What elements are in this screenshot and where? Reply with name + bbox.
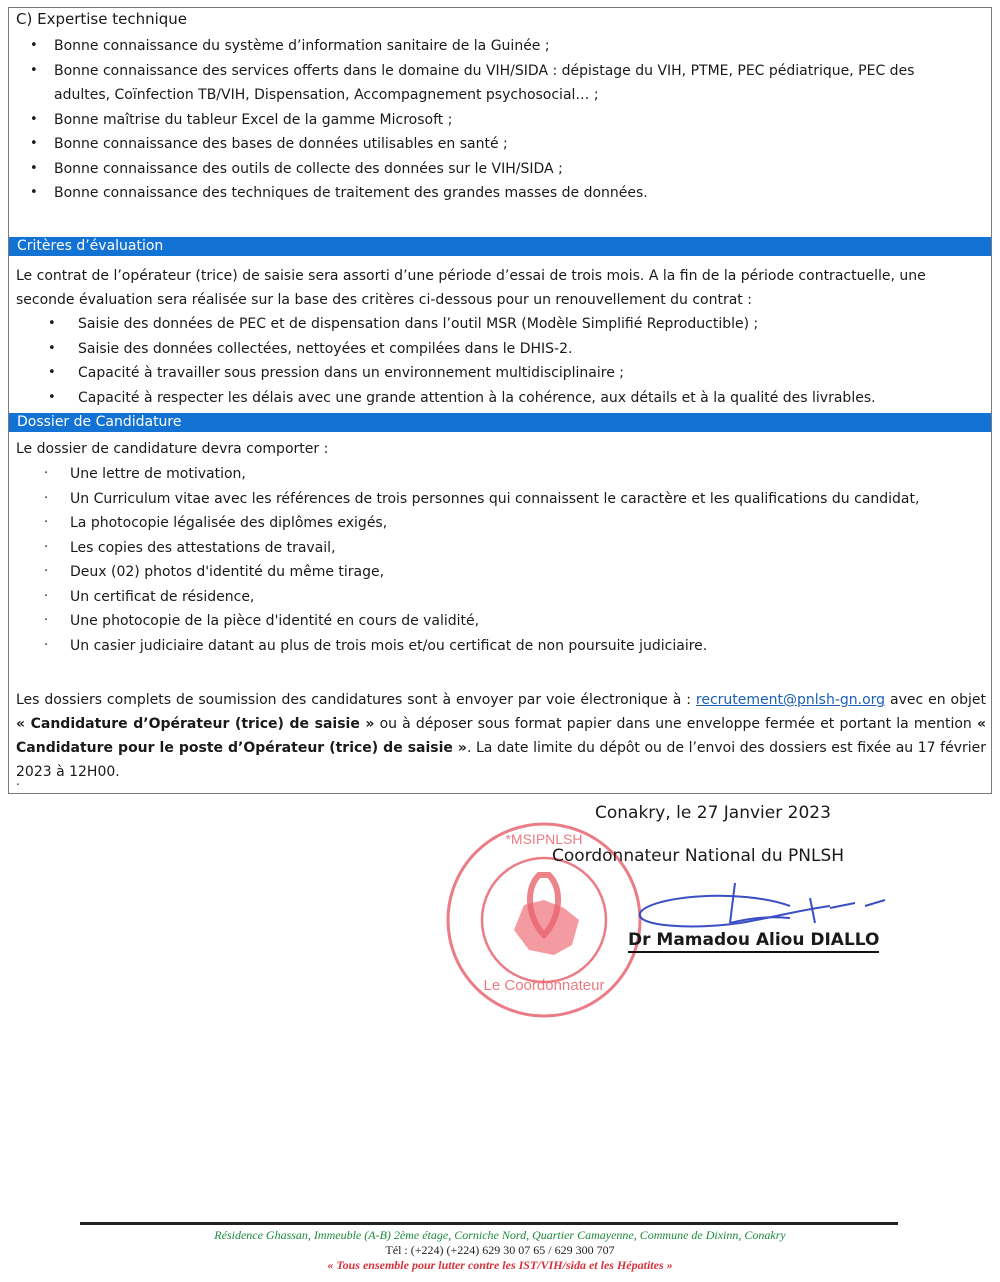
- footer-phone: Tél : (+224) (+224) 629 30 07 65 / 629 3…: [0, 1243, 1000, 1258]
- list-item: •Bonne connaissance des bases de données…: [30, 132, 914, 157]
- footer-divider: [80, 1222, 898, 1225]
- list-item: •Saisie des données collectées, nettoyée…: [48, 337, 876, 362]
- list-item: •Bonne connaissance des services offerts…: [30, 59, 914, 84]
- list-item: •Bonne connaissance des outils de collec…: [30, 157, 914, 182]
- list-item: ·Une photocopie de la pièce d'identité e…: [44, 609, 919, 634]
- dossier-intro: Le dossier de candidature devra comporte…: [16, 437, 986, 461]
- list-item: ·Un casier judiciaire datant au plus de …: [44, 634, 919, 659]
- email-link[interactable]: recrutement@pnlsh-gn.org: [696, 692, 885, 708]
- footer-address: Résidence Ghassan, Immeuble (A-B) 2ème é…: [0, 1228, 1000, 1243]
- svg-text:*MSIPNLSH: *MSIPNLSH: [505, 831, 582, 847]
- criteres-list: •Saisie des données de PEC et de dispens…: [48, 312, 876, 410]
- signatory-name: Dr Mamadou Aliou DIALLO: [628, 930, 879, 953]
- list-item: •Capacité à travailler sous pression dan…: [48, 361, 876, 386]
- handwritten-signature-icon: [630, 878, 900, 938]
- dossier-header: Dossier de Candidature: [9, 413, 991, 432]
- list-item: •Bonne connaissance du système d’informa…: [30, 34, 914, 59]
- footer-slogan: « Tous ensemble pour lutter contre les I…: [0, 1258, 1000, 1273]
- list-item: ·Deux (02) photos d'identité du même tir…: [44, 560, 919, 585]
- list-item: •Saisie des données de PEC et de dispens…: [48, 312, 876, 337]
- svg-text:Le Coordonnateur: Le Coordonnateur: [484, 977, 605, 994]
- expertise-title: C) Expertise technique: [16, 10, 187, 28]
- list-item: •Bonne connaissance des techniques de tr…: [30, 181, 914, 206]
- signatory-role: Coordonnateur National du PNLSH: [552, 846, 844, 866]
- list-item: •Capacité à respecter les délais avec un…: [48, 386, 876, 411]
- list-item: ·Les copies des attestations de travail,: [44, 536, 919, 561]
- expertise-list: •Bonne connaissance du système d’informa…: [30, 34, 914, 206]
- trailing-dot: .: [16, 774, 20, 788]
- criteres-header: Critères d’évaluation: [9, 237, 991, 256]
- submission-paragraph: Les dossiers complets de soumission des …: [16, 688, 986, 784]
- list-item: ·Un certificat de résidence,: [44, 585, 919, 610]
- list-item: ·Une lettre de motivation,: [44, 462, 919, 487]
- list-item: ·La photocopie légalisée des diplômes ex…: [44, 511, 919, 536]
- list-item: •Bonne maîtrise du tableur Excel de la g…: [30, 108, 914, 133]
- list-item: adultes, Coïnfection TB/VIH, Dispensatio…: [30, 83, 914, 108]
- place-date: Conakry, le 27 Janvier 2023: [595, 803, 831, 823]
- dossier-list: ·Une lettre de motivation, ·Un Curriculu…: [44, 462, 919, 658]
- criteres-intro: Le contrat de l’opérateur (trice) de sai…: [16, 264, 986, 312]
- list-item: ·Un Curriculum vitae avec les références…: [44, 487, 919, 512]
